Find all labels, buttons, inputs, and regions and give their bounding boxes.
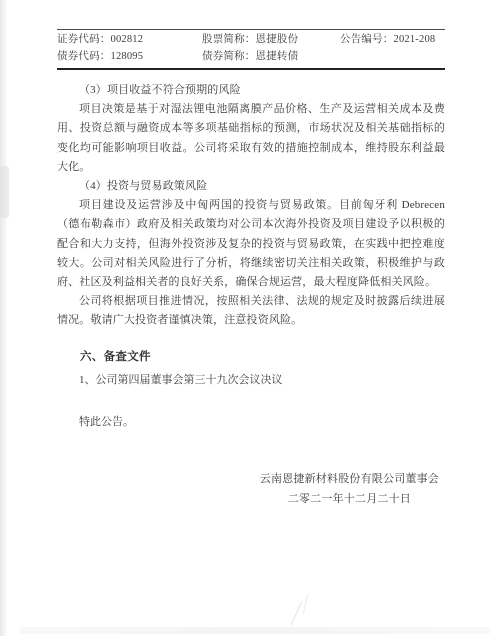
paragraph-disclosure: 公司将根据项目推进情况，按照相关法律、法规的规定及时披露后续进展情况。敬请广大投…: [57, 292, 445, 330]
header-row-stock: 证券代码：002812 股票简称：恩捷股份 公告编号：2021-208: [57, 33, 445, 47]
document-item-1: 1、公司第四届董事会第三十九次会议决议: [57, 371, 445, 390]
paragraph-risk-3: 项目决策是基于对湿法锂电池隔离膜产品价格、生产及运营相关成本及费用、投资总额与融…: [57, 100, 445, 177]
paragraph-risk-4: 项目建设及运营涉及中匈两国的投资与贸易政策。目前匈牙利 Debrecen（德布勒…: [57, 196, 445, 292]
stock-short-name: 股票简称：恩捷股份: [202, 33, 340, 47]
bond-code: 债券代码：128095: [57, 50, 202, 64]
scan-artifact-left-patch: [0, 166, 9, 218]
scan-edge-shadow: [0, 0, 7, 636]
signature-company: 云南恩捷新材料股份有限公司董事会: [260, 469, 439, 490]
signature-block: 云南恩捷新材料股份有限公司董事会 二零二一年十二月二十日: [57, 469, 445, 510]
signature-date: 二零二一年十二月二十日: [260, 489, 439, 510]
announcement-number: 公告编号：2021-208: [340, 33, 445, 47]
risk-subheading-4: （4）投资与贸易政策风险: [57, 177, 445, 196]
body-text: （3）项目收益不符合预期的风险 项目决策是基于对湿法锂电池隔离膜产品价格、生产及…: [57, 81, 445, 331]
header-empty-cell: [340, 50, 445, 64]
scan-artifact-stroke: [291, 601, 302, 625]
header-info-table: 证券代码：002812 股票简称：恩捷股份 公告编号：2021-208 债券代码…: [57, 29, 445, 70]
scan-artifact-band: [20, 627, 490, 634]
announcement-page: 证券代码：002812 股票简称：恩捷股份 公告编号：2021-208 债券代码…: [0, 0, 500, 636]
risk-subheading-3: （3）项目收益不符合预期的风险: [57, 81, 445, 100]
document-content: 证券代码：002812 股票简称：恩捷股份 公告编号：2021-208 债券代码…: [57, 0, 445, 510]
signature-inner: 云南恩捷新材料股份有限公司董事会 二零二一年十二月二十日: [260, 469, 439, 510]
header-row-bond: 债券代码：128095 债券简称：恩捷转债: [57, 50, 445, 64]
scan-artifact-stroke: [303, 594, 309, 614]
section-heading-documents: 六、备查文件: [57, 348, 445, 367]
closing-statement: 特此公告。: [57, 413, 445, 432]
bond-short-name: 债券简称：恩捷转债: [202, 50, 340, 64]
security-code: 证券代码：002812: [57, 33, 202, 47]
